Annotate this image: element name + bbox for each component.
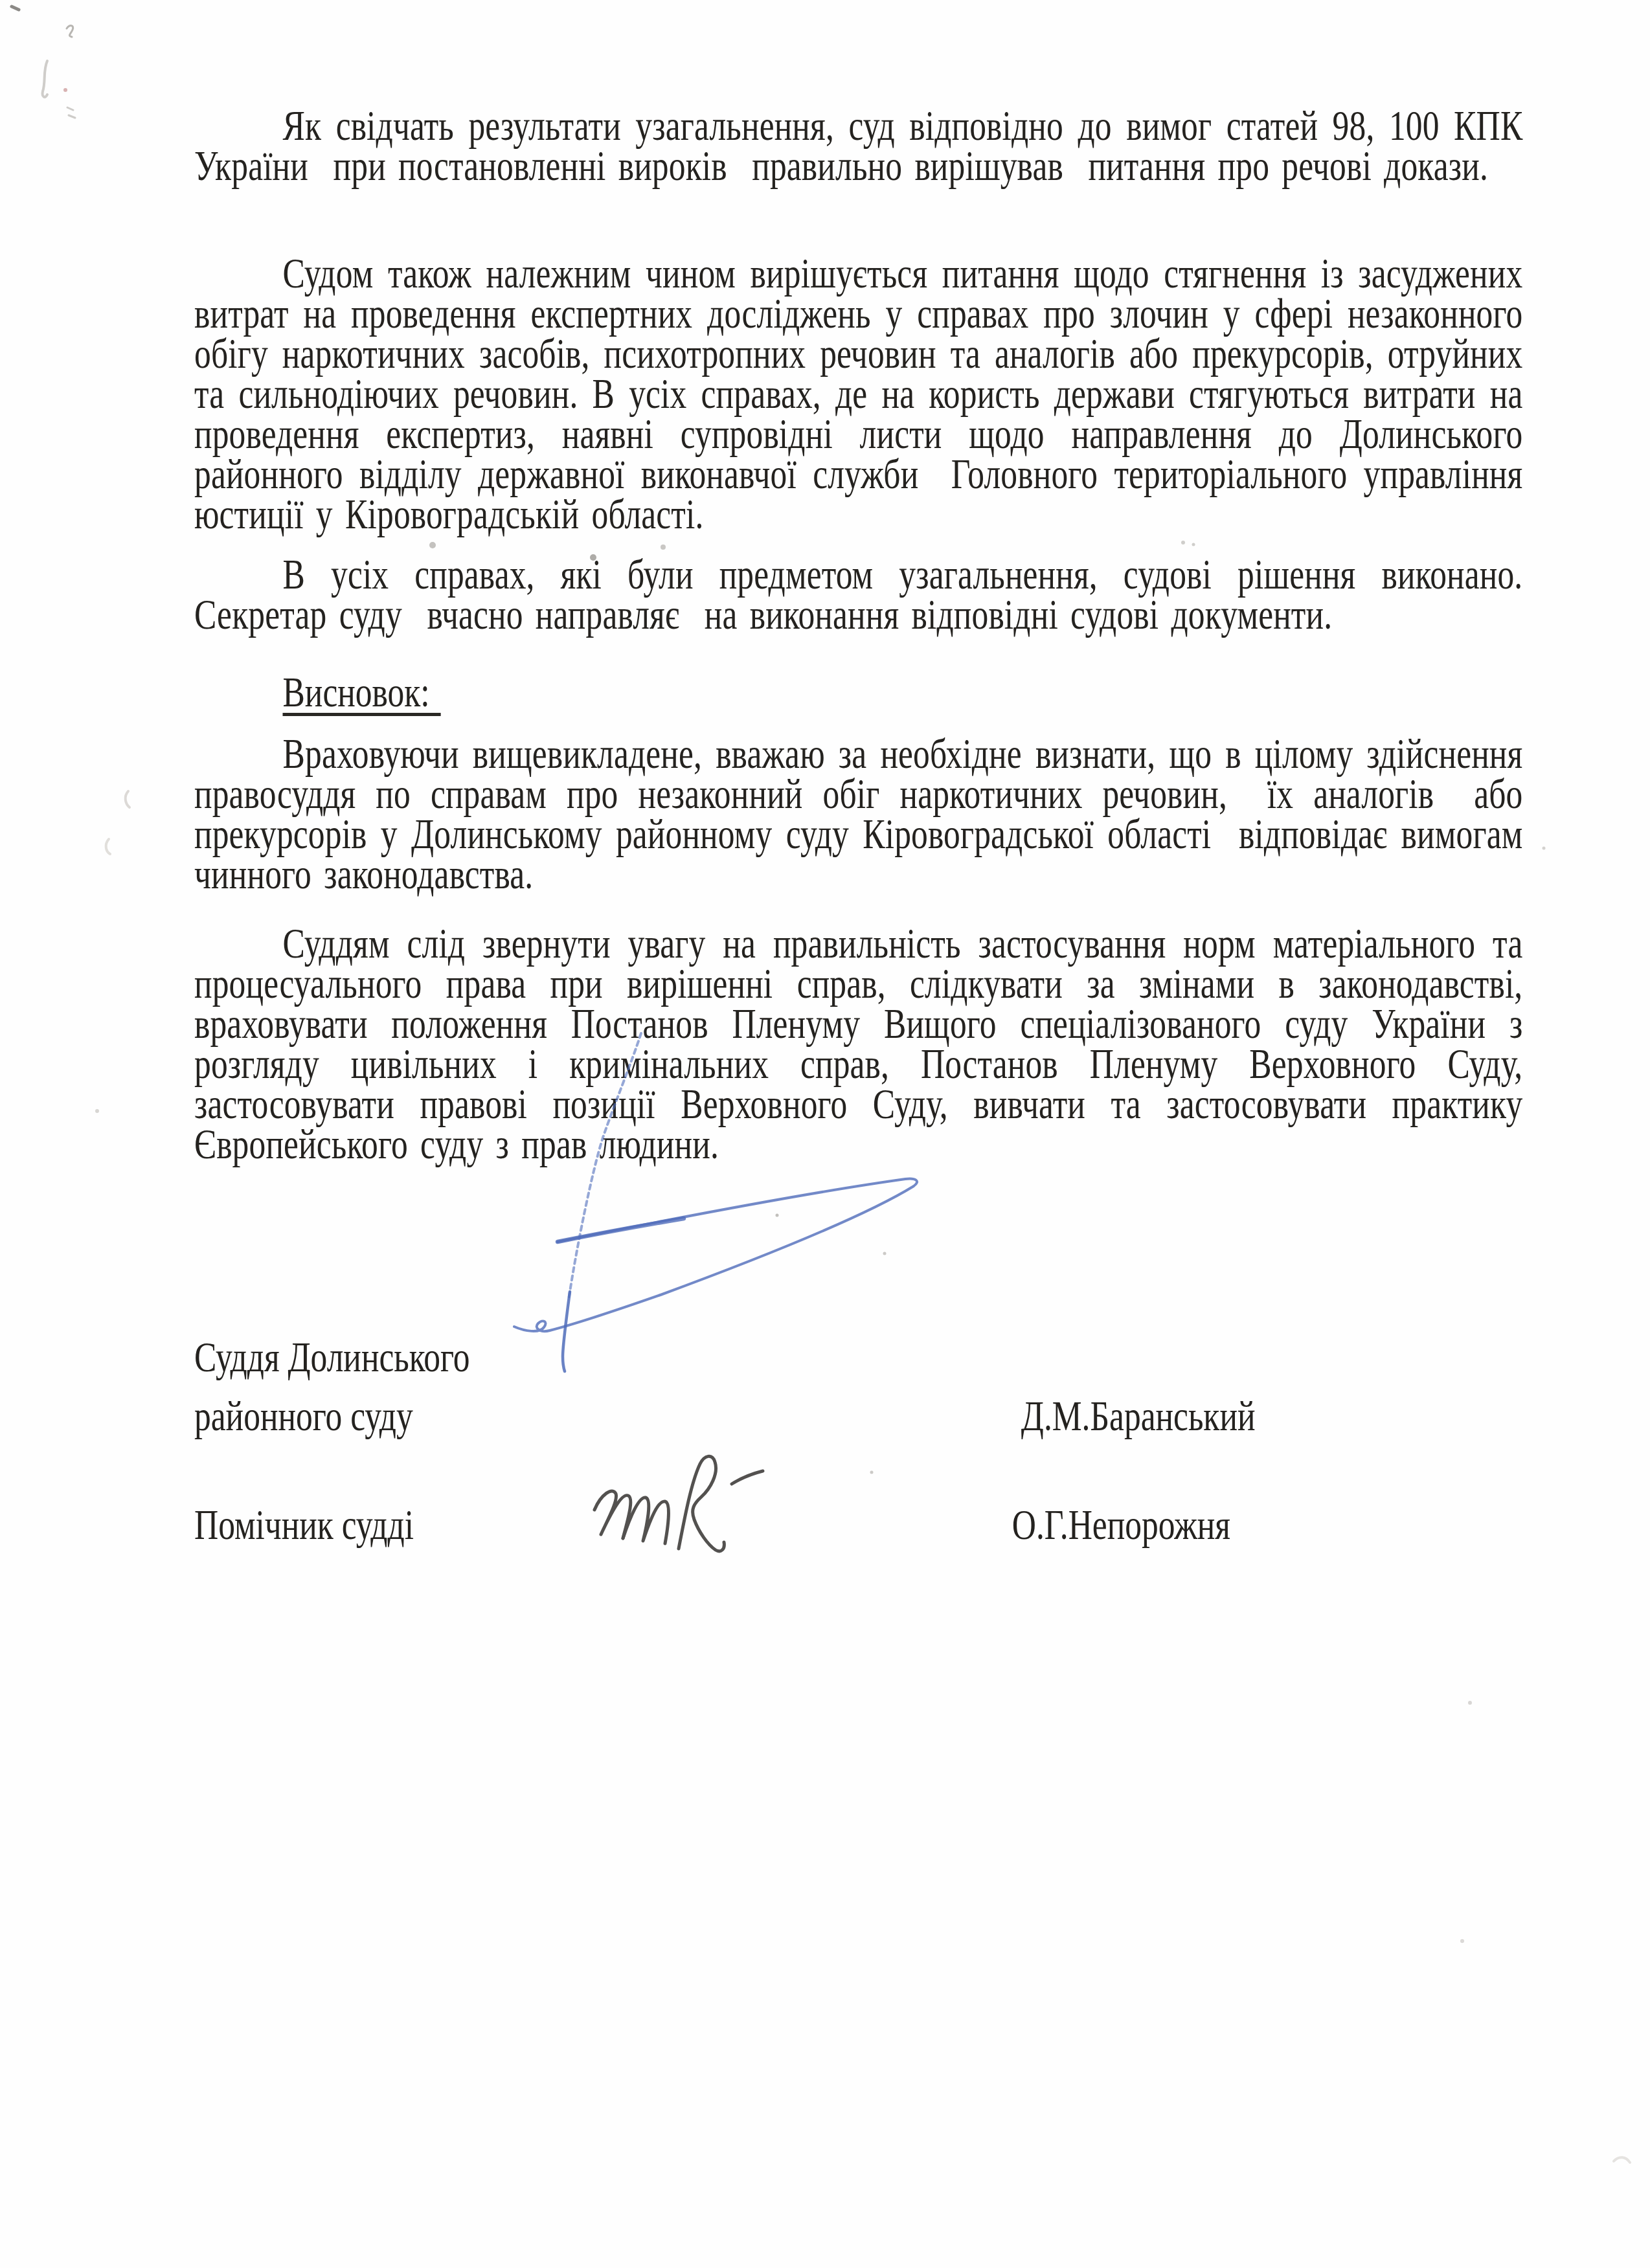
paragraph-decisions-executed: В усіх справах, які були предметом узага… (194, 555, 1522, 635)
scan-wisp-bottom-right (1614, 2157, 1630, 2162)
assistant-name: О.Г.Непорожня (1012, 1496, 1230, 1555)
scan-speck (95, 1109, 99, 1113)
judge-role-line-2: районного суду (194, 1387, 1522, 1446)
judge-name: Д.М.Баранський (1021, 1387, 1256, 1446)
scan-mark-top (67, 26, 73, 37)
paragraph-expert-costs: Судом також належним чином вирішується п… (194, 254, 1522, 535)
scan-dashes-left (67, 107, 75, 118)
paragraph-evidence-ruling: Як свідчать результати узагальнення, суд… (194, 106, 1522, 186)
scan-pencil-curve (126, 791, 130, 807)
scan-speck (1543, 847, 1546, 850)
judge-role-line-1: Суддя Долинського (194, 1328, 1522, 1387)
paragraph-recommendations: Суддям слід звернути увагу на правильніс… (194, 924, 1522, 1165)
scan-red-dot (63, 88, 67, 92)
scan-speck-corner (12, 6, 19, 10)
paragraph-conclusion-statement: Враховуючи вищевикладене, вважаю за необ… (194, 734, 1522, 895)
document-text-layer: Як свідчать результати узагальнення, суд… (194, 0, 1522, 2268)
scan-smudge-left (43, 61, 47, 97)
assistant-role-label: Помічник судді (194, 1496, 1522, 1555)
scanned-court-document-page: Як свідчать результати узагальнення, суд… (0, 0, 1650, 2268)
assistant-signature-block: Помічник судді О.Г.Непорожня (194, 1496, 1522, 1555)
judge-signature-block: Суддя Долинського районного суду Д.М.Бар… (194, 1328, 1522, 1446)
scan-pencil-curve (106, 839, 110, 854)
conclusion-heading: Висновок: (194, 673, 441, 716)
conclusion-heading-text: Висновок: (283, 673, 441, 716)
